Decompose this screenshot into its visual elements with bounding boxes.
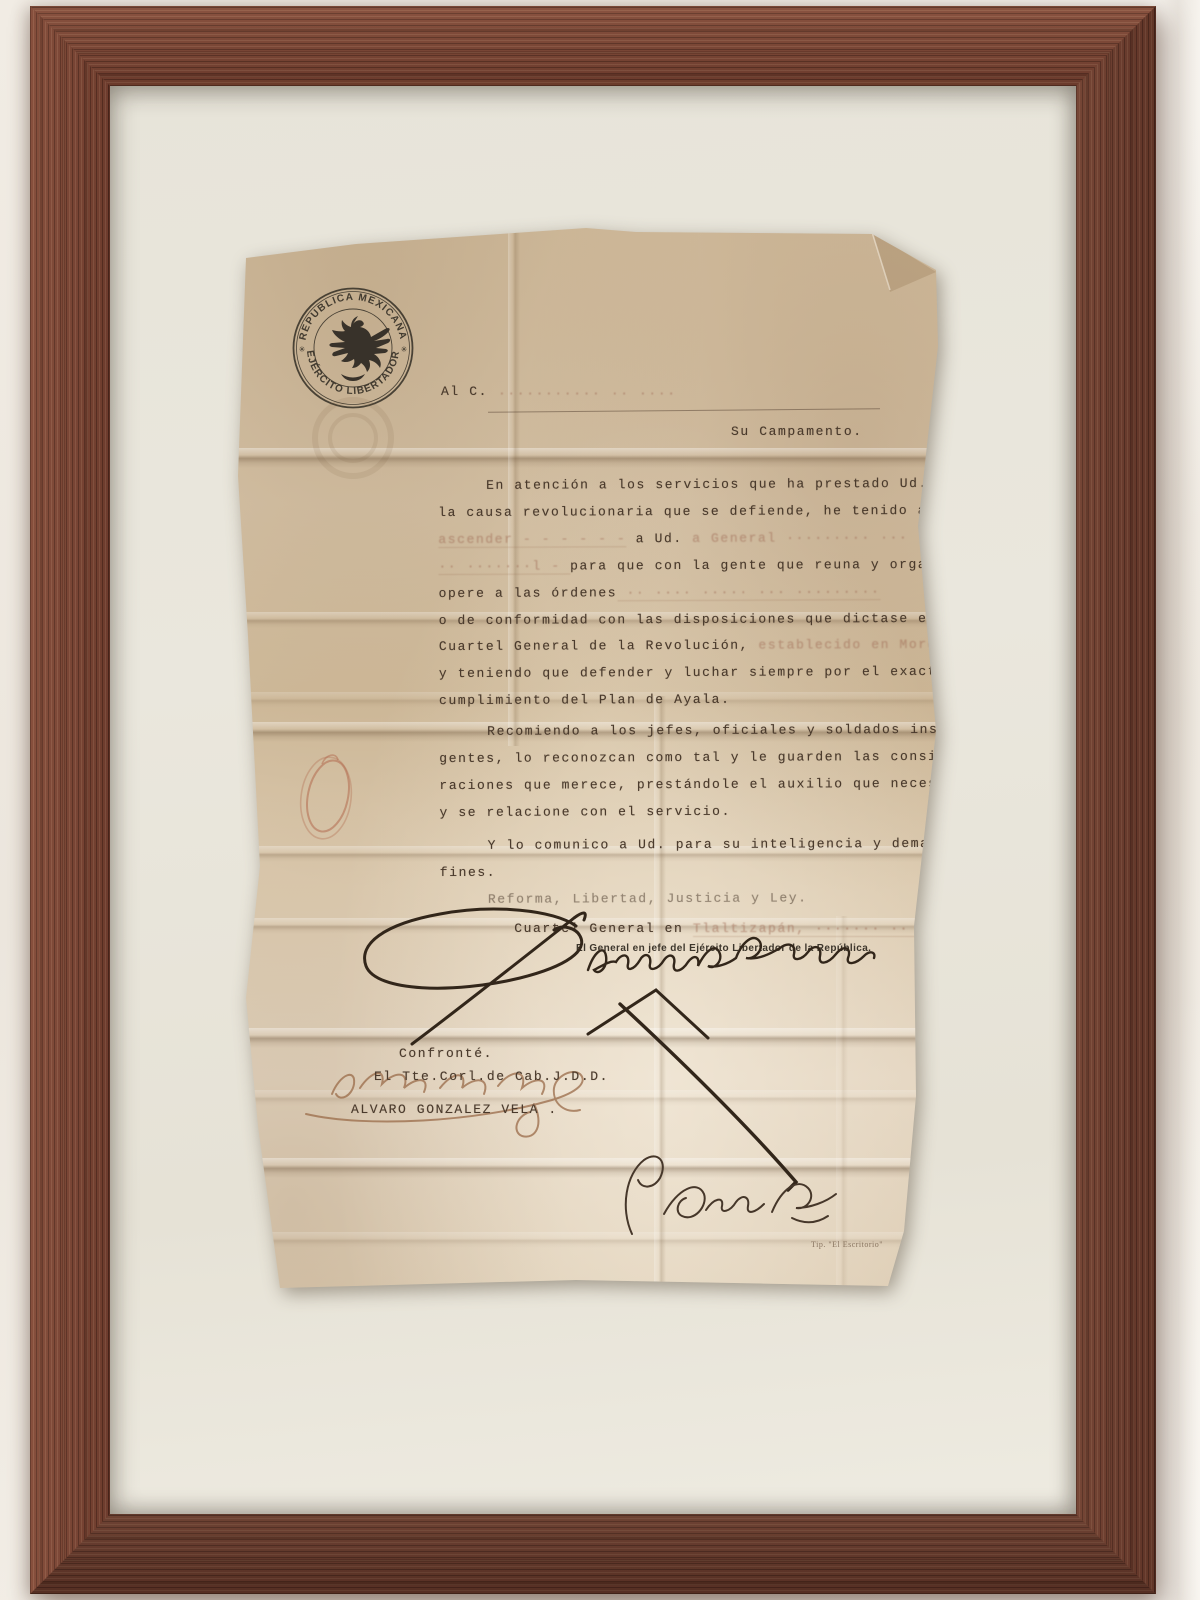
typed-name-gonzalez-vela: ALVARO GONZALEZ VELA . <box>351 1102 558 1117</box>
frame-bottom <box>30 1514 1156 1594</box>
fabric-fold <box>1156 0 1200 1600</box>
printer-imprint: Tip. "El Escritorio" <box>811 1240 883 1249</box>
garcia-signature <box>626 1156 836 1234</box>
frame-right <box>1076 6 1156 1594</box>
confronte-label: Confronté. <box>399 1046 493 1061</box>
frame-left <box>30 6 110 1594</box>
ink-layer <box>236 226 941 1290</box>
frame-top <box>30 6 1156 86</box>
tte-corl-line: El Tte.Corl.de Cab.J.D.D. <box>374 1069 609 1084</box>
red-pencil-mark <box>296 754 356 841</box>
document-paper: REPUBLICA MEXICANA EJÉRCITO LIBERTADOR ✳… <box>236 226 941 1290</box>
photo-background: REPUBLICA MEXICANA EJÉRCITO LIBERTADOR ✳… <box>0 0 1200 1600</box>
paper-sheet: REPUBLICA MEXICANA EJÉRCITO LIBERTADOR ✳… <box>236 226 941 1290</box>
